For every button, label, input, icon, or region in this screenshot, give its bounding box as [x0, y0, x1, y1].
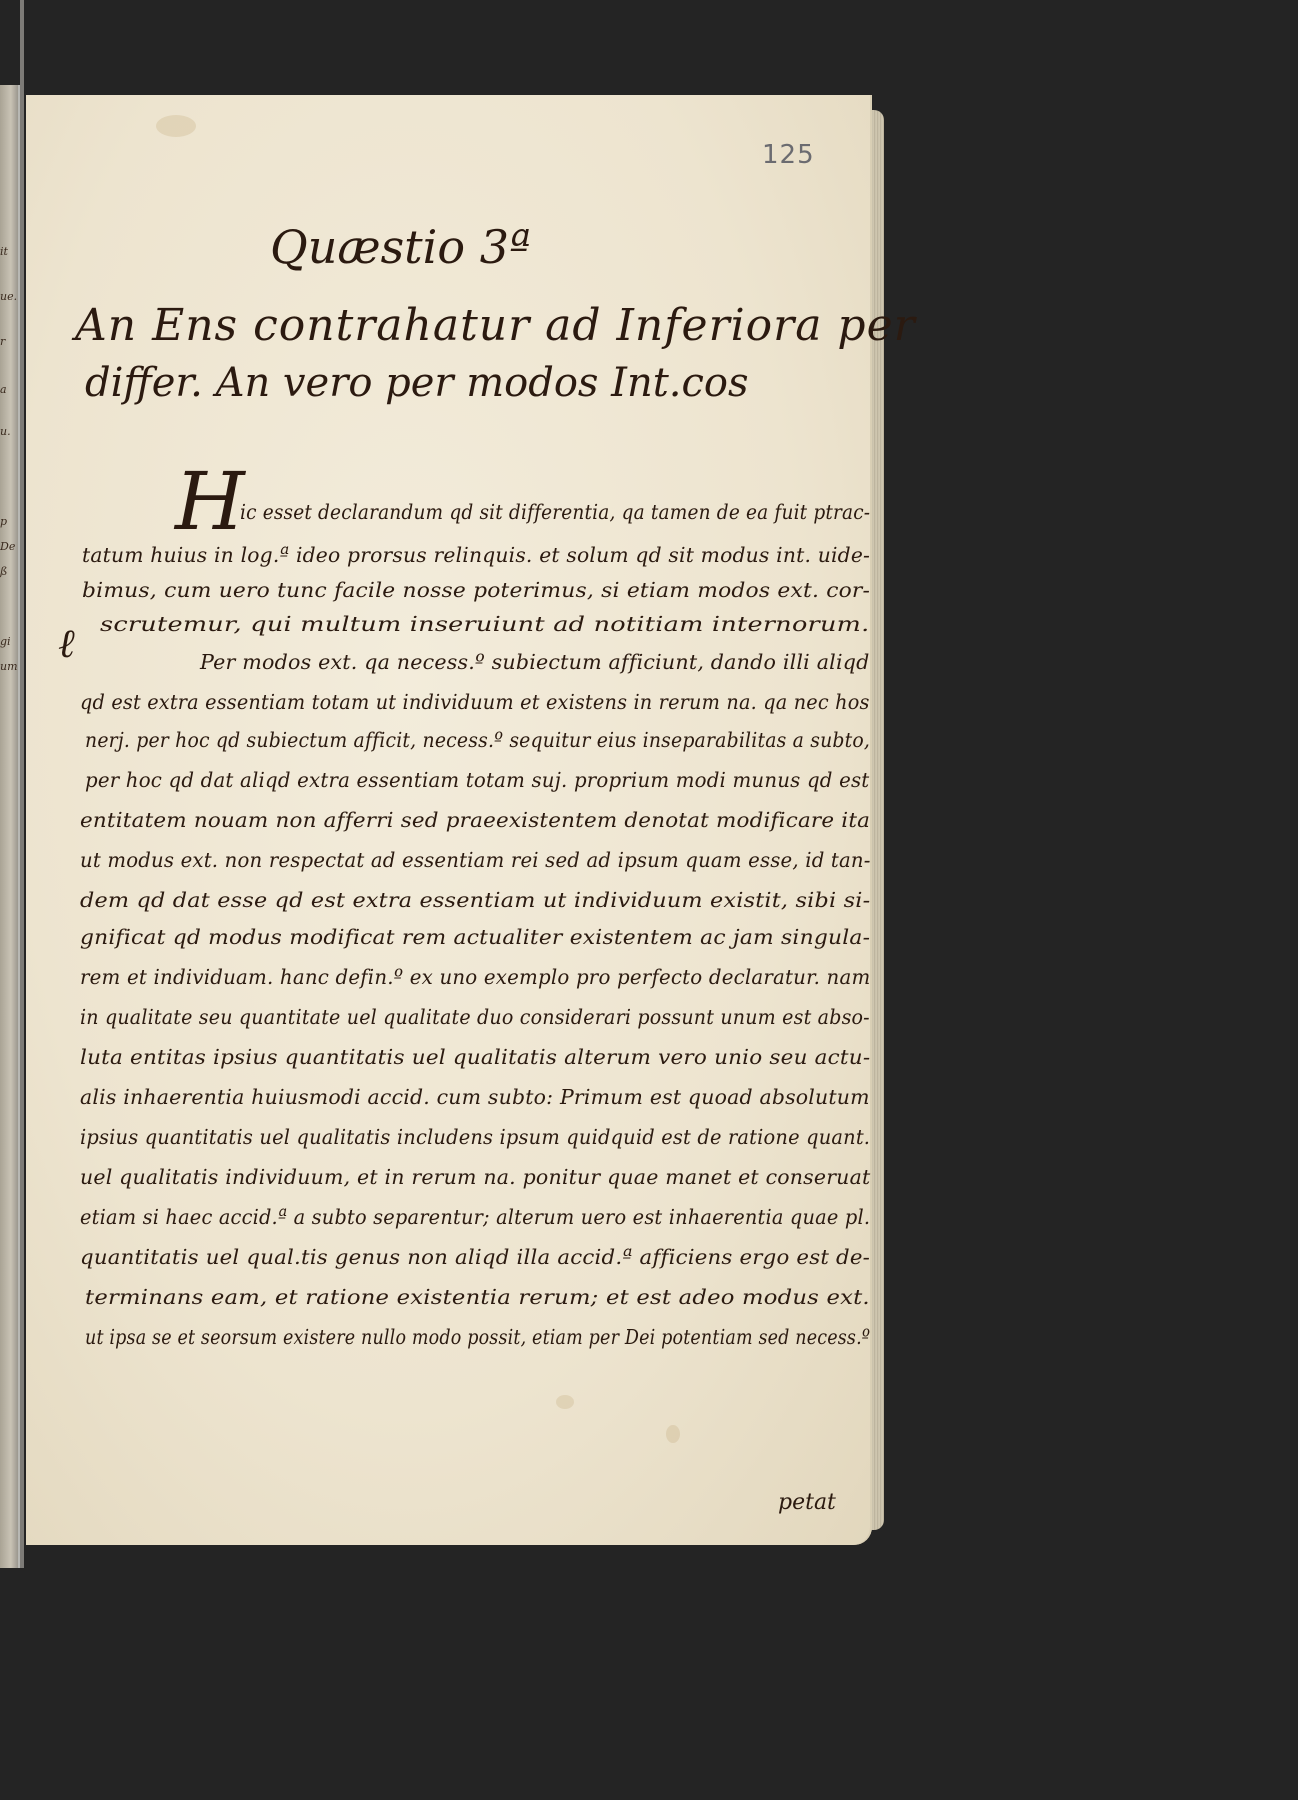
- paper-stain: [156, 115, 196, 137]
- decorated-initial: H: [175, 455, 245, 548]
- prev-page-fragment: u.: [0, 425, 11, 438]
- text-line: in qualitate seu quantitate uel qualitat…: [80, 1005, 870, 1029]
- text-line: ut modus ext. non respectat ad essentiam…: [80, 848, 871, 872]
- text-line: quantitatis uel qual.tis genus non aliqd…: [80, 1245, 870, 1269]
- prev-page-fragment: p: [0, 515, 7, 528]
- text-line: dem qd dat esse qd est extra essentiam u…: [80, 888, 870, 912]
- catchword: petat: [778, 1490, 836, 1515]
- paper-stain: [556, 1395, 574, 1409]
- prev-page-fragment: gi: [0, 635, 11, 648]
- text-line: etiam si haec accid.ª a subto separentur…: [80, 1205, 870, 1229]
- text-line: alis inhaerentia huiusmodi accid. cum su…: [80, 1085, 870, 1109]
- prev-page-fragment: De: [0, 540, 15, 553]
- text-line: rem et individuam. hanc defin.º ex uno e…: [80, 965, 870, 989]
- text-line: terminans eam, et ratione existentia rer…: [85, 1285, 870, 1309]
- text-line: gnificat qd modus modificat rem actualit…: [80, 925, 870, 949]
- text-line: tatum huius in log.ª ideo prorsus relinq…: [82, 543, 870, 567]
- prev-page-fragment: um: [0, 660, 18, 673]
- prev-page-fragment: ß: [0, 565, 7, 578]
- prev-page-fragment: r: [0, 335, 5, 348]
- binding-gutter: [20, 0, 24, 1568]
- text-line: ipsius quantitatis uel qualitatis includ…: [80, 1125, 870, 1149]
- text-line: qd est extra essentiam totam ut individu…: [80, 690, 870, 714]
- paper-stain: [666, 1425, 680, 1443]
- margin-flourish: ℓ: [58, 620, 75, 667]
- text-line: ic esset declarandum qd sit differentia,…: [240, 500, 870, 524]
- heading-question-line-2: differ. An vero per modos Int.cos: [85, 360, 749, 406]
- text-line: uel qualitatis individuum, et in rerum n…: [80, 1165, 870, 1189]
- text-line: luta entitas ipsius quantitatis uel qual…: [80, 1045, 870, 1069]
- text-line: per hoc qd dat aliqd extra essentiam tot…: [85, 768, 869, 792]
- text-line: ut ipsa se et seorsum existere nullo mod…: [85, 1325, 870, 1349]
- prev-page-fragment: a: [0, 383, 7, 396]
- prev-page-fragment: ue.: [0, 290, 17, 303]
- text-line: Per modos ext. qa necess.º subiectum aff…: [200, 650, 869, 674]
- text-line: scrutemur, qui multum inseruiunt ad noti…: [100, 612, 869, 636]
- text-line: entitatem nouam non afferri sed praeexis…: [80, 808, 870, 832]
- text-line: nerj. per hoc qd subiectum afficit, nece…: [85, 728, 870, 752]
- heading-quaestio: Quæstio 3ª: [270, 220, 531, 274]
- text-line: bimus, cum uero tunc facile nosse poteri…: [82, 578, 870, 602]
- previous-page-edge: it ue. r a u. p De ß gi um: [0, 85, 21, 1568]
- heading-question-line-1: An Ens contrahatur ad Inferiora per: [75, 300, 916, 351]
- folio-number: 125: [762, 140, 815, 170]
- prev-page-fragment: it: [0, 245, 8, 258]
